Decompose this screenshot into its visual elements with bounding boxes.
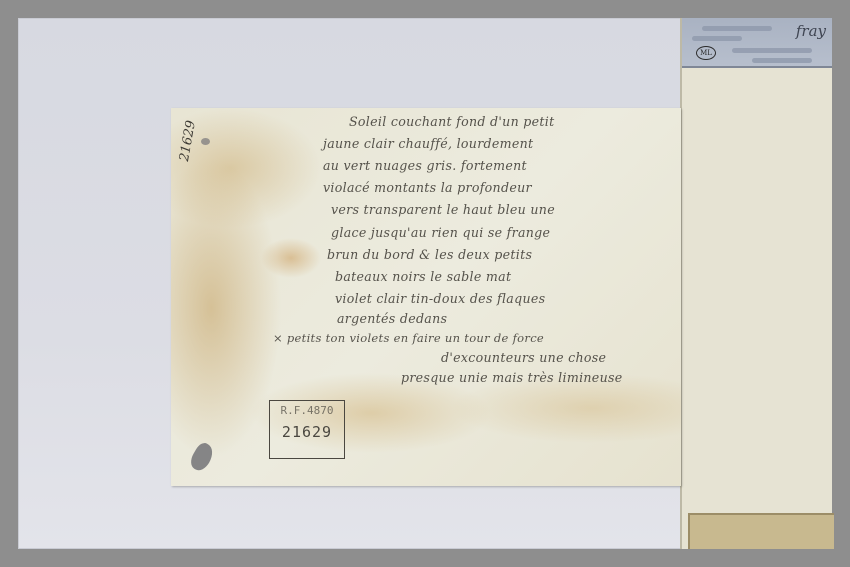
manuscript-sheet: 21629 Soleil couchant fond d'un petit ja… bbox=[171, 108, 681, 486]
text-line: glace jusqu'au rien qui se frange bbox=[331, 225, 550, 240]
text-line: vers transparent le haut bleu une bbox=[331, 202, 555, 217]
fragment-handwriting: fray bbox=[796, 22, 826, 40]
text-line: jaune clair chauffé, lourdement bbox=[323, 136, 533, 151]
tan-paper-fragment bbox=[688, 513, 834, 549]
stamp-line-1: R.F.4870 bbox=[270, 404, 344, 417]
text-line: au vert nuages gris. fortement bbox=[323, 158, 527, 173]
text-line: violet clair tin-doux des flaques bbox=[335, 291, 545, 306]
text-line: Soleil couchant fond d'un petit bbox=[349, 114, 554, 129]
text-line: brun du bord & les deux petits bbox=[327, 247, 532, 262]
ink-blot bbox=[187, 440, 217, 473]
stamp-line-2: 21629 bbox=[270, 423, 344, 441]
text-line: bateaux noirs le sable mat bbox=[335, 269, 511, 284]
ink-spot bbox=[201, 138, 210, 145]
text-line: presque unie mais très limineuse bbox=[401, 370, 623, 385]
text-line: × petits ton violets en faire un tour de… bbox=[273, 331, 544, 345]
text-line: violacé montants la profondeur bbox=[323, 180, 532, 195]
text-line: d'excounteurs une chose bbox=[441, 350, 606, 365]
inventory-number: 21629 bbox=[177, 119, 199, 162]
blue-drawing-fragment: fray ML bbox=[682, 18, 832, 68]
adjacent-album-page: fray ML bbox=[680, 18, 832, 549]
collection-stamp: ML bbox=[696, 46, 716, 60]
text-line: argentés dedans bbox=[337, 311, 447, 326]
collection-stamp-box: R.F.4870 21629 bbox=[269, 400, 345, 459]
